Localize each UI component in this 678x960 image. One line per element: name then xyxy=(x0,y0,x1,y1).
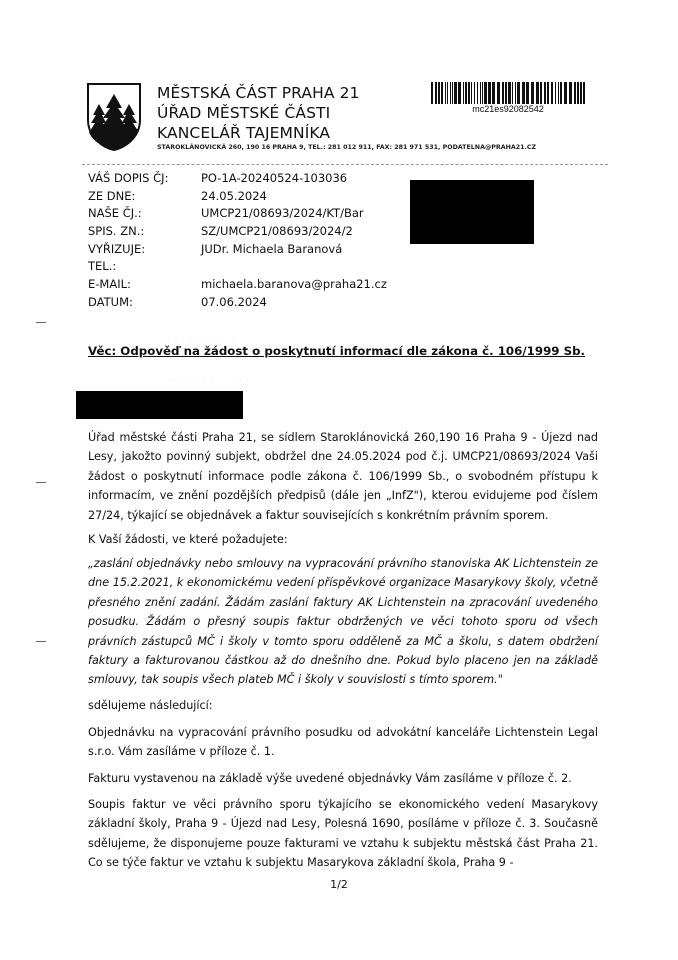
reference-value: 07.06.2024 xyxy=(201,294,267,312)
scan-noise: · · · · · · · · · · · · xyxy=(168,377,251,383)
response-paragraph-1: Objednávku na vypracování právního posud… xyxy=(88,723,598,762)
coat-of-arms-trees-icon xyxy=(84,80,144,152)
office-address: STAROKLÁNOVICKÁ 260, 190 16 PRAHA 9, TEL… xyxy=(157,144,536,151)
reference-value: michaela.baranova@praha21.cz xyxy=(201,276,387,294)
response-intro: sdělujeme následující: xyxy=(88,696,598,715)
page-number: 1/2 xyxy=(0,878,678,891)
reference-label: VÁŠ DOPIS ČJ: xyxy=(88,170,201,188)
request-intro: K Vaší žádosti, ve které požadujete: xyxy=(88,530,598,549)
fold-mark xyxy=(36,322,46,323)
reference-label: DATUM: xyxy=(88,294,201,312)
reference-row: SPIS. ZN.:SZ/UMCP21/08693/2024/2 xyxy=(88,223,387,241)
redacted-salutation xyxy=(76,391,243,419)
scan-noise: · · · · · · · · · · xyxy=(168,336,236,342)
response-paragraph-2: Fakturu vystavenou na základě výše uvede… xyxy=(88,769,598,788)
intro-paragraph: Úřad městské části Praha 21, se sídlem S… xyxy=(88,428,598,525)
reference-label: TEL.: xyxy=(88,258,201,276)
redacted-recipient-address xyxy=(410,180,534,244)
reference-row: E-MAIL:michaela.baranova@praha21.cz xyxy=(88,276,387,294)
reference-row: ZE DNE:24.05.2024 xyxy=(88,188,387,206)
reference-label: SPIS. ZN.: xyxy=(88,223,201,241)
reference-label: NAŠE ČJ.: xyxy=(88,205,201,223)
reference-label: E-MAIL: xyxy=(88,276,201,294)
reference-row: VÁŠ DOPIS ČJ:PO-1A-20240524-103036 xyxy=(88,170,387,188)
reference-value: JUDr. Michaela Baranová xyxy=(201,241,342,259)
fold-mark xyxy=(36,482,46,483)
response-paragraph-3: Soupis faktur ve věci právního sporu týk… xyxy=(88,795,598,873)
reference-value: PO-1A-20240524-103036 xyxy=(201,170,347,188)
barcode-text: mc21es92082542 xyxy=(431,104,585,114)
organization-name: MĚSTSKÁ ČÁST PRAHA 21 xyxy=(157,84,360,103)
reference-block: VÁŠ DOPIS ČJ:PO-1A-20240524-103036ZE DNE… xyxy=(88,170,387,312)
department-name: KANCELÁŘ TAJEMNÍKA xyxy=(157,124,330,143)
office-name: ÚŘAD MĚSTSKÉ ČÁSTI xyxy=(157,104,330,123)
reference-row: TEL.: xyxy=(88,258,387,276)
reference-row: VYŘIZUJE:JUDr. Michaela Baranová xyxy=(88,241,387,259)
reference-label: VYŘIZUJE: xyxy=(88,241,201,259)
header-divider xyxy=(82,164,608,165)
reference-row: DATUM:07.06.2024 xyxy=(88,294,387,312)
reference-value: SZ/UMCP21/08693/2024/2 xyxy=(201,223,353,241)
reference-label: ZE DNE: xyxy=(88,188,201,206)
request-quote: „zaslání objednávky nebo smlouvy na vypr… xyxy=(88,554,598,690)
subject-line: Věc: Odpověď na žádost o poskytnutí info… xyxy=(88,344,585,358)
fold-mark xyxy=(36,641,46,642)
reference-row: NAŠE ČJ.:UMCP21/08693/2024/KT/Bar xyxy=(88,205,387,223)
reference-value: 24.05.2024 xyxy=(201,188,267,206)
reference-value: UMCP21/08693/2024/KT/Bar xyxy=(201,205,364,223)
barcode xyxy=(431,82,585,104)
